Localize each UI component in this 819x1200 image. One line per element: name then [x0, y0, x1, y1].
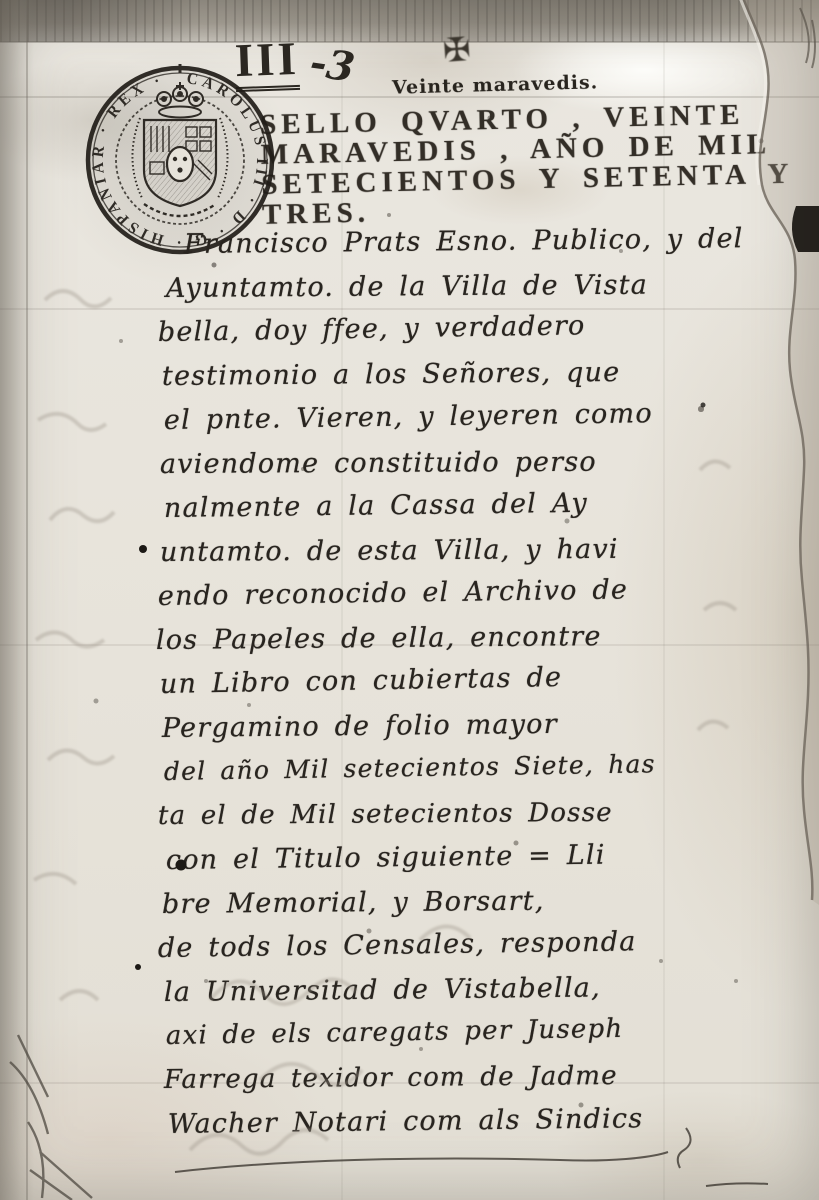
folio-arabic-number: -3 — [307, 39, 358, 92]
manuscript-line: de tods los Censales, responda — [158, 924, 806, 977]
manuscript-line: nalmente a la Cassa del Ay — [164, 485, 805, 537]
royal-seal-carolus-iii: CAROLUS III · D · G · HISPANIAR · REX · — [84, 64, 276, 256]
paper-left-edge — [0, 0, 34, 1200]
scanned-document-page: III-3 ✠ Veinte maravedis. SELLO QVARTO ,… — [0, 0, 819, 1200]
scan-top-smudge — [0, 0, 819, 42]
manuscript-line: axi de els caregats per Juseph — [166, 1011, 806, 1065]
manuscript-line: con el Titulo siguiente = Lli — [166, 837, 805, 889]
fold-crease — [26, 0, 28, 1200]
tax-stamp-label: Veinte maravedis. — [392, 71, 599, 98]
foxing-specks — [0, 0, 2, 2]
manuscript-line: el pnte. Vieren, y leyeren como — [164, 396, 806, 449]
manuscript-line: endo reconocido el Archivo de — [158, 572, 806, 625]
manuscript-body: Francisco Prats Esno. Publico, y del Ayu… — [150, 229, 805, 1153]
fold-crease — [0, 41, 819, 43]
maltese-cross-icon: ✠ — [442, 29, 472, 70]
manuscript-line: Francisco Prats Esno. Publico, y del — [184, 222, 805, 273]
printed-heading: SELLO QVARTO , VEINTE MARAVEDIS , AÑO DE… — [260, 98, 819, 230]
manuscript-line: Wacher Notari com als Sindics — [168, 1101, 805, 1153]
manuscript-line: del año Mil setecientos Siete, has — [164, 747, 806, 801]
manuscript-line: bella, doy ffee, y verdadero — [158, 307, 806, 361]
